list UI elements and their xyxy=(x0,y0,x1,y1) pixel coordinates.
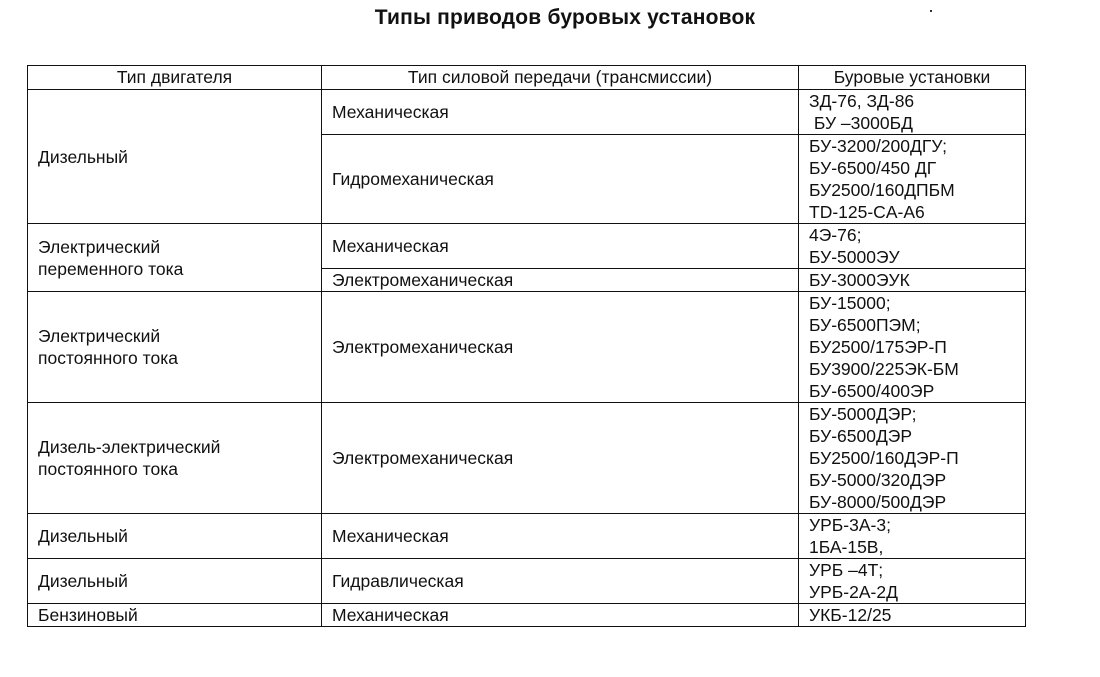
transmission-type-cell: Механическая xyxy=(322,90,799,135)
header-row: Тип двигателя Тип силовой передачи (тран… xyxy=(28,66,1026,90)
engine-type-line: постоянного тока xyxy=(38,458,321,480)
drilling-rig-item: УРБ –4Т; xyxy=(809,559,1025,581)
engine-type-line: Дизельный xyxy=(38,146,321,168)
drilling-rig-item: УКБ-12/25 xyxy=(809,604,1025,626)
engine-type-line: Дизельный xyxy=(38,570,321,592)
drilling-rig-item: TD-125-CA-A6 xyxy=(809,201,1025,223)
drilling-rig-item: БУ-15000; xyxy=(809,292,1025,314)
drilling-rig-item: 1БА-15В, xyxy=(809,536,1025,558)
transmission-type-cell: Электромеханическая xyxy=(322,292,799,403)
engine-type-cell: Дизельный xyxy=(28,514,322,559)
drilling-rigs-cell: БУ-3200/200ДГУ;БУ-6500/450 ДГБУ2500/160Д… xyxy=(799,135,1026,224)
drilling-rigs-cell: БУ-15000;БУ-6500ПЭМ;БУ2500/175ЭР-ПБУ3900… xyxy=(799,292,1026,403)
drilling-rig-item: БУ-5000/320ДЭР xyxy=(809,469,1025,491)
drilling-rig-item: БУ-6500ПЭМ; xyxy=(809,314,1025,336)
engine-type-cell: Дизельный xyxy=(28,559,322,604)
drilling-rig-item: ЗД-76, ЗД-86 xyxy=(809,90,1025,112)
drilling-rig-item: 4Э-76; xyxy=(809,224,1025,246)
drilling-rig-item: УРБ-2А-2Д xyxy=(809,581,1025,603)
header-engine-type: Тип двигателя xyxy=(28,66,322,90)
drilling-rigs-cell: УРБ-3А-3;1БА-15В, xyxy=(799,514,1026,559)
table-row: Дизель-электрическийпостоянного токаЭлек… xyxy=(28,403,1026,514)
drilling-rig-item: БУ-5000ДЭР; xyxy=(809,403,1025,425)
drilling-rig-item: БУ-3000ЭУК xyxy=(809,269,1025,291)
drilling-rigs-cell: 4Э-76;БУ-5000ЭУ xyxy=(799,224,1026,269)
table-row: Электрическийпеременного токаМеханическа… xyxy=(28,224,1026,269)
page-title: Типы приводов буровых установок xyxy=(0,6,1100,30)
header-transmission-type: Тип силовой передачи (трансмиссии) xyxy=(322,66,799,90)
drilling-rig-item: БУ-8000/500ДЭР xyxy=(809,491,1025,513)
drilling-rig-item: БУ-6500/400ЭР xyxy=(809,380,1025,402)
engine-type-line: постоянного тока xyxy=(38,347,321,369)
table-row: БензиновыйМеханическаяУКБ-12/25 xyxy=(28,604,1026,627)
transmission-type-cell: Электромеханическая xyxy=(322,403,799,514)
drilling-rig-item: УРБ-3А-3; xyxy=(809,514,1025,536)
drilling-rig-item: БУ-6500/450 ДГ xyxy=(809,157,1025,179)
table-row: ДизельныйМеханическаяЗД-76, ЗД-86 БУ –30… xyxy=(28,90,1026,135)
table-body: ДизельныйМеханическаяЗД-76, ЗД-86 БУ –30… xyxy=(28,90,1026,627)
table-row: ДизельныйГидравлическаяУРБ –4Т;УРБ-2А-2Д xyxy=(28,559,1026,604)
transmission-type-cell: Гидравлическая xyxy=(322,559,799,604)
engine-type-line: Электрический xyxy=(38,236,321,258)
header-drilling-rigs: Буровые установки xyxy=(799,66,1026,90)
engine-type-cell: Электрическийпеременного тока xyxy=(28,224,322,292)
drilling-rig-item: БУ-5000ЭУ xyxy=(809,246,1025,268)
engine-type-cell: Электрическийпостоянного тока xyxy=(28,292,322,403)
drilling-rig-item: БУ –3000БД xyxy=(809,112,1025,134)
engine-type-line: Дизель-электрический xyxy=(38,436,321,458)
transmission-type-cell: Электромеханическая xyxy=(322,269,799,292)
engine-type-cell: Дизель-электрическийпостоянного тока xyxy=(28,403,322,514)
drive-types-table: Тип двигателя Тип силовой передачи (тран… xyxy=(27,65,1026,627)
drilling-rig-item: БУ-6500ДЭР xyxy=(809,425,1025,447)
transmission-type-cell: Механическая xyxy=(322,224,799,269)
drilling-rigs-cell: ЗД-76, ЗД-86 БУ –3000БД xyxy=(799,90,1026,135)
transmission-type-cell: Механическая xyxy=(322,604,799,627)
engine-type-cell: Дизельный xyxy=(28,90,322,224)
engine-type-line: Электрический xyxy=(38,325,321,347)
table-row: ДизельныйМеханическаяУРБ-3А-3;1БА-15В, xyxy=(28,514,1026,559)
engine-type-line: Дизельный xyxy=(38,525,321,547)
drilling-rigs-cell: УРБ –4Т;УРБ-2А-2Д xyxy=(799,559,1026,604)
drilling-rigs-cell: БУ-3000ЭУК xyxy=(799,269,1026,292)
drilling-rig-item: БУ-3200/200ДГУ; xyxy=(809,135,1025,157)
engine-type-cell: Бензиновый xyxy=(28,604,322,627)
drilling-rigs-cell: БУ-5000ДЭР;БУ-6500ДЭРБУ2500/160ДЭР-ПБУ-5… xyxy=(799,403,1026,514)
drilling-rig-item: БУ3900/225ЭК-БМ xyxy=(809,358,1025,380)
drilling-rig-item: БУ2500/160ДЭР-П xyxy=(809,447,1025,469)
transmission-type-cell: Механическая xyxy=(322,514,799,559)
drilling-rig-item: БУ2500/175ЭР-П xyxy=(809,336,1025,358)
drilling-rig-item: БУ2500/160ДПБМ xyxy=(809,179,1025,201)
drilling-rigs-cell: УКБ-12/25 xyxy=(799,604,1026,627)
table-row: Электрическийпостоянного токаЭлектромеха… xyxy=(28,292,1026,403)
engine-type-line: Бензиновый xyxy=(38,604,321,626)
speck xyxy=(930,10,932,12)
transmission-type-cell: Гидромеханическая xyxy=(322,135,799,224)
engine-type-line: переменного тока xyxy=(38,258,321,280)
